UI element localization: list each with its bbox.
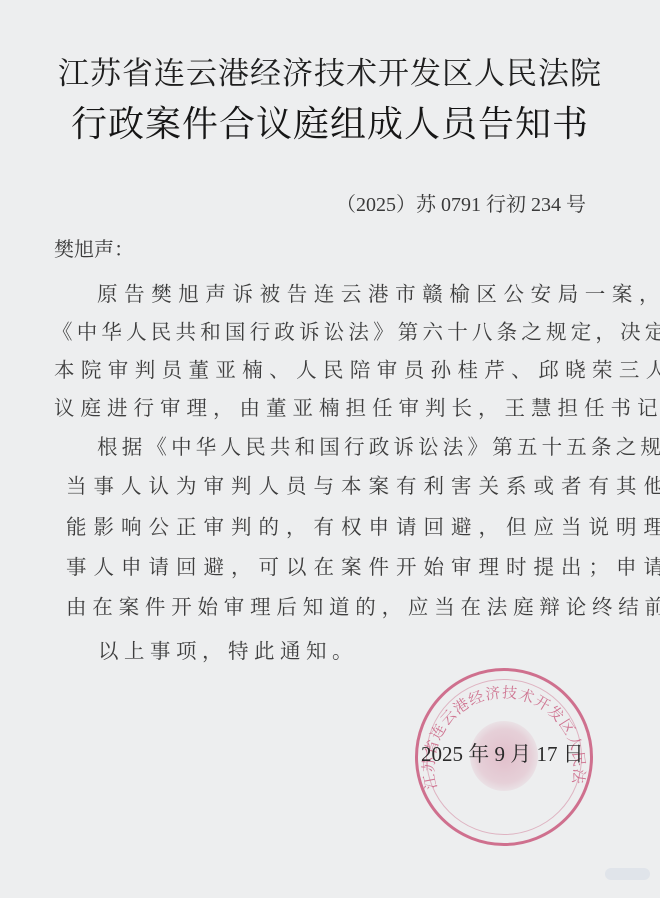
addressee: 樊旭声： [54, 233, 134, 262]
body-line: 以上事项，特此通知。 [98, 634, 358, 664]
body-line: 由在案件开始审理后知道的，应当在法庭辩论终结前提出。 [66, 590, 660, 620]
court-name-title: 江苏省连云港经济技术开发区人民法院 [0, 48, 660, 93]
body-line: 根据《中华人民共和国行政诉讼法》第五十五条之规定， [97, 430, 660, 460]
case-number: （2025）苏 0791 行初 234 号 [336, 188, 586, 217]
issue-date: 2025 年 9 月 17 日 [421, 738, 584, 768]
body-line: 能影响公正审判的，有权申请回避，但应当说明理由；当 [66, 510, 660, 540]
watermark-smudge [605, 868, 650, 880]
body-line: 当事人认为审判人员与本案有利害关系或者有其他关系可 [66, 469, 660, 499]
svg-text:江苏省连云港经济技术开发区人民法院: 江苏省连云港经济技术开发区人民法院 [415, 668, 588, 791]
notice-document: 江苏省连云港经济技术开发区人民法院 行政案件合议庭组成人员告知书 （2025）苏… [0, 0, 660, 898]
body-line: 事人申请回避，可以在案件开始审理时提出；申请回避事 [66, 550, 660, 580]
body-line: 本院审判员董亚楠、人民陪审员孙桂芹、邱晓荣三人组成合 [54, 353, 660, 383]
seal-text: 江苏省连云港经济技术开发区人民法院 [415, 668, 588, 791]
body-line: 原告樊旭声诉被告连云港市赣榆区公安局一案，根据 [97, 277, 660, 307]
body-line: 议庭进行审理，由董亚楠担任审判长，王慧担任书记员。 [54, 391, 660, 421]
body-line: 《中华人民共和国行政诉讼法》第六十八条之规定，决定由 [52, 315, 660, 345]
document-title: 行政案件合议庭组成人员告知书 [0, 96, 660, 147]
